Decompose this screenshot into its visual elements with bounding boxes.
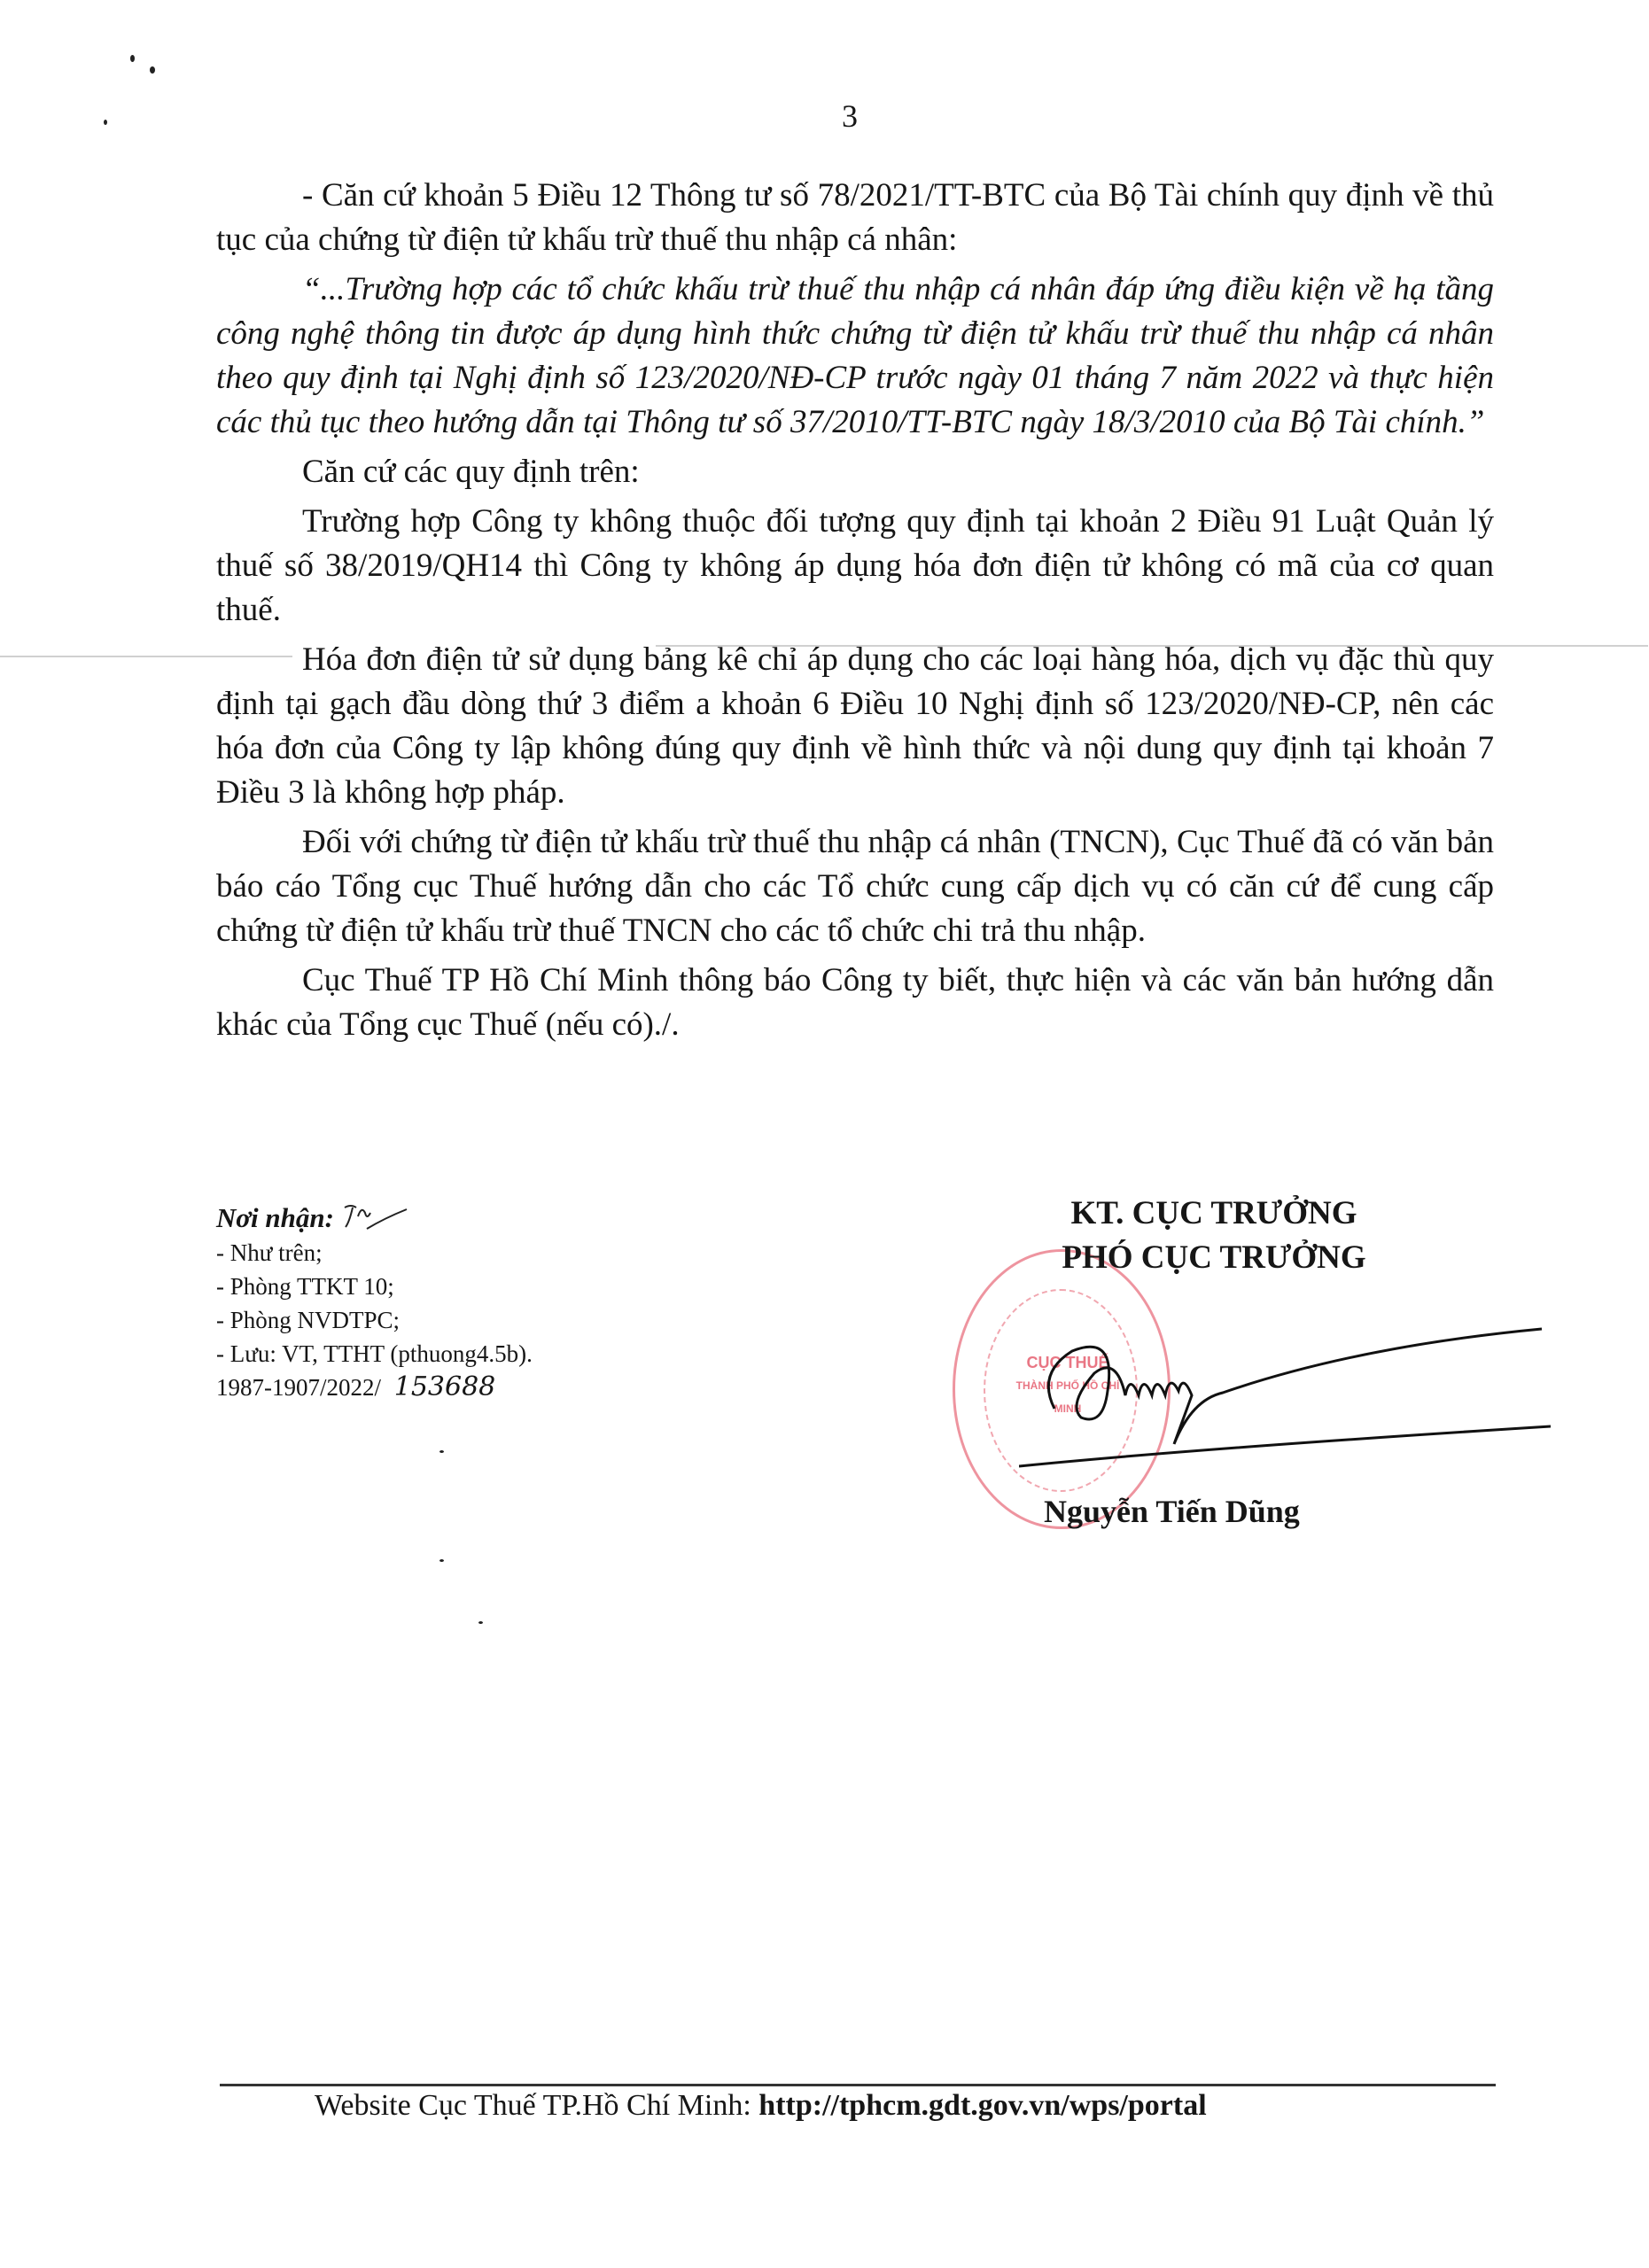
- paragraph-company-case: Trường hợp Công ty không thuộc đối tượng…: [216, 500, 1494, 633]
- paragraph-tncn: Đối với chứng từ điện tử khấu trừ thuế t…: [216, 820, 1494, 953]
- paragraph-legal-basis: - Căn cứ khoản 5 Điều 12 Thông tư số 78/…: [216, 174, 1494, 262]
- recipients-title: Nơi nhận:: [216, 1202, 334, 1233]
- handwritten-initials-icon: [340, 1200, 411, 1236]
- paragraph-invoice-list: Hóa đơn điện tử sử dụng bảng kê chỉ áp d…: [216, 638, 1494, 815]
- signer-title-1: KT. CỤC TRƯỞNG: [984, 1192, 1444, 1236]
- recipient-item: - Phòng TTKT 10;: [216, 1270, 533, 1303]
- letter-body: - Căn cứ khoản 5 Điều 12 Thông tư số 78/…: [216, 174, 1494, 1052]
- scan-artifact-line: [656, 645, 1648, 647]
- recipient-item: - Phòng NVDTPC;: [216, 1303, 533, 1337]
- paragraph-based-on: Căn cứ các quy định trên:: [216, 450, 1494, 494]
- paragraph-notice: Cục Thuế TP Hồ Chí Minh thông báo Công t…: [216, 959, 1494, 1047]
- handwritten-number: 153688: [394, 1371, 496, 1402]
- recipients-block: Nơi nhận: - Như trên; - Phòng TTKT 10; -…: [216, 1200, 533, 1404]
- scan-artifact-line: [0, 656, 292, 657]
- recipient-item: - Như trên;: [216, 1236, 533, 1270]
- footer-divider: [220, 2084, 1496, 2086]
- paragraph-quote: “...Trường hợp các tổ chức khấu trừ thuế…: [216, 268, 1494, 445]
- recipient-item: - Lưu: VT, TTHT (pthuong4.5b).: [216, 1337, 533, 1371]
- signer-title-2: PHÓ CỤC TRƯỞNG: [984, 1236, 1444, 1280]
- footer-label: Website Cục Thuế TP.Hồ Chí Minh:: [315, 2089, 758, 2122]
- footer-url-link[interactable]: http://tphcm.gdt.gov.vn/wps/portal: [758, 2089, 1206, 2122]
- handwritten-signature-icon: [1019, 1311, 1551, 1488]
- signer-name: Nguyễn Tiến Dũng: [1044, 1493, 1300, 1530]
- document-reference: 1987-1907/2022/: [216, 1374, 381, 1401]
- signature-block: KT. CỤC TRƯỞNG PHÓ CỤC TRƯỞNG: [984, 1192, 1444, 1280]
- footer: Website Cục Thuế TP.Hồ Chí Minh: http://…: [315, 2089, 1207, 2123]
- page-number: 3: [842, 97, 858, 135]
